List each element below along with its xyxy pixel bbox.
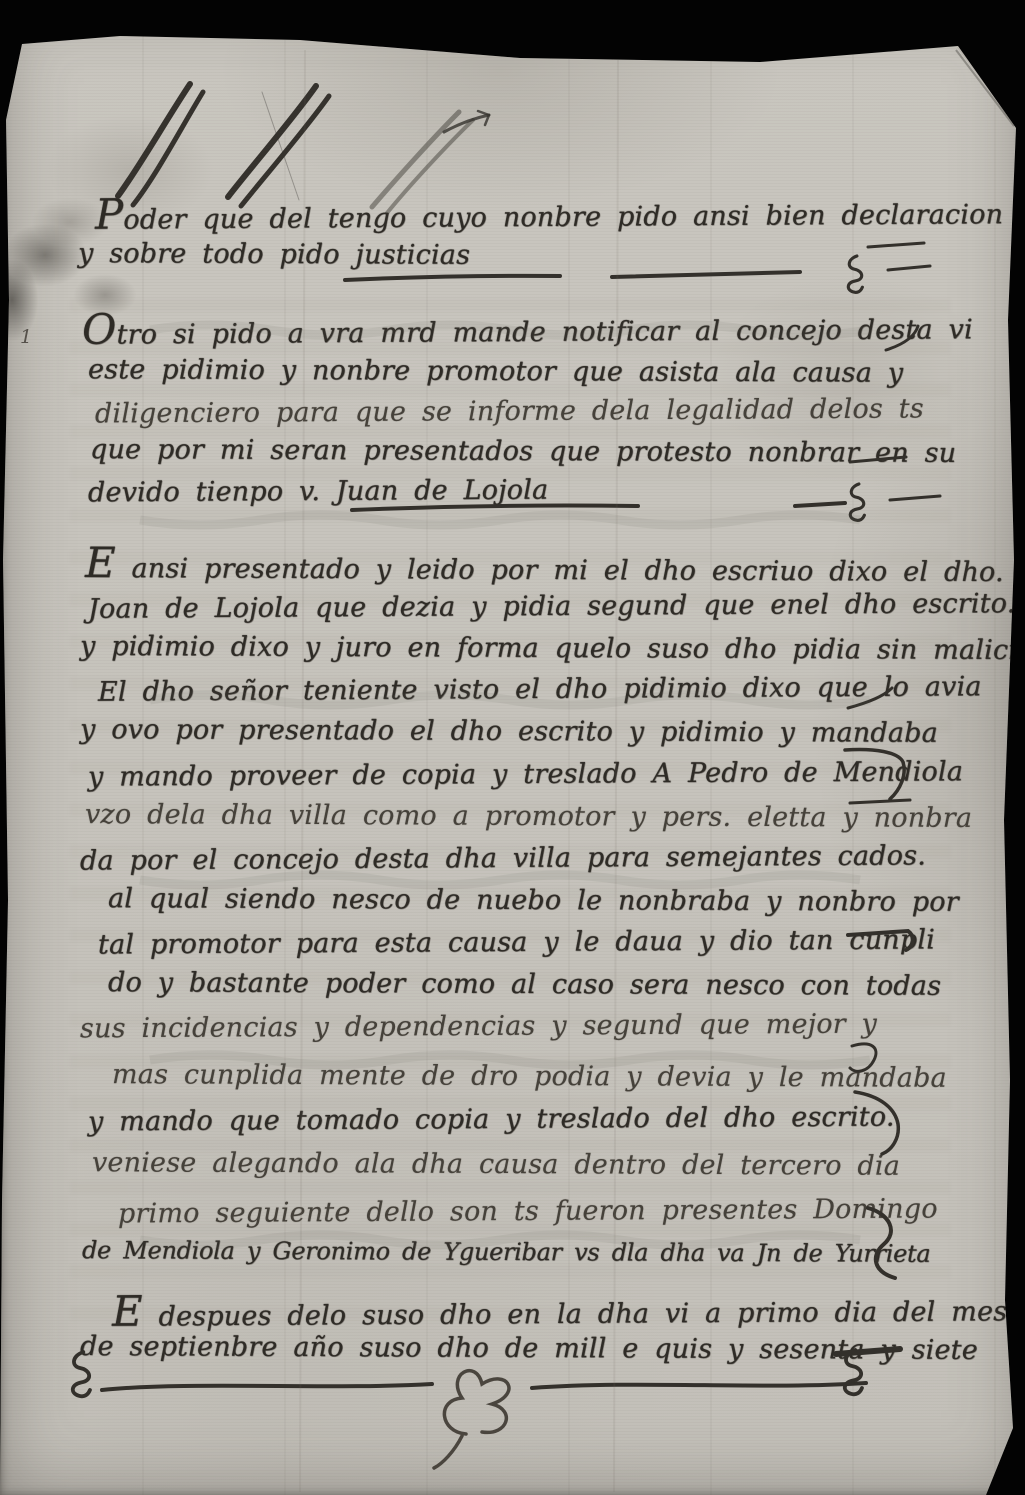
paraph-rubric-icon — [73, 256, 865, 1396]
slash-marks-icon — [118, 84, 489, 213]
manuscript-page: 1 Poder que del tengo cuyo nonbre pido a… — [0, 0, 1025, 1495]
paper-creases — [300, 50, 618, 1492]
ink-flourishes-layer — [0, 0, 1025, 1495]
bleed-squiggles — [140, 325, 870, 1245]
fold-crease — [956, 46, 1016, 128]
rule-lines — [102, 243, 940, 1390]
manuscript-scan: 1 Poder que del tengo cuyo nonbre pido a… — [0, 0, 1025, 1495]
clover-flourish-icon — [434, 1371, 509, 1468]
